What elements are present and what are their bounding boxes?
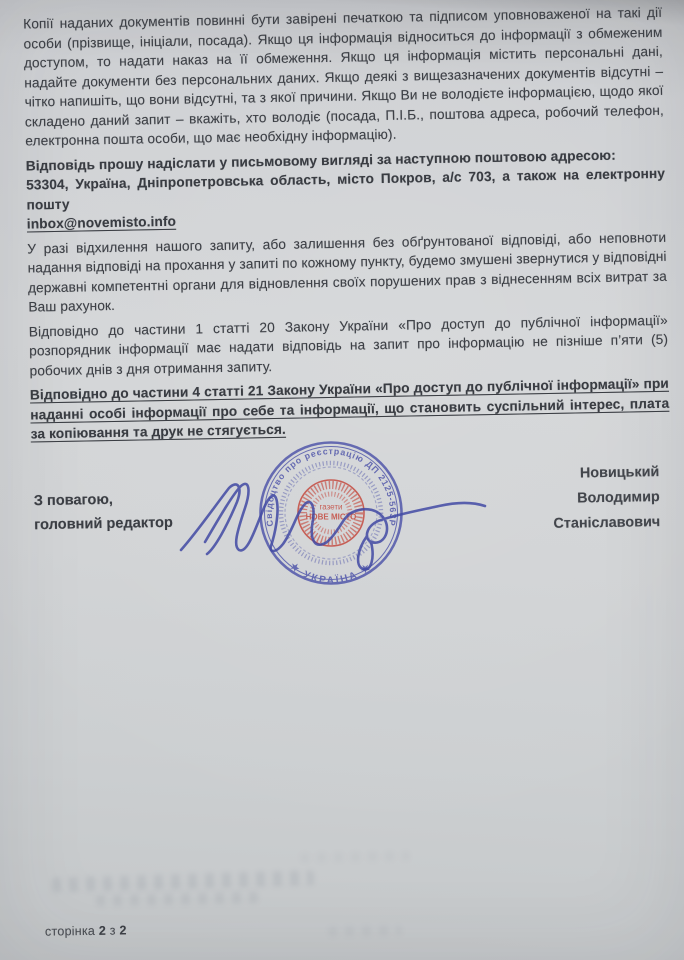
handwritten-signature [175, 446, 495, 576]
show-through-smudge [52, 870, 314, 892]
footer-page-label: сторінка [45, 924, 95, 939]
signatory-name: Новицький Володимир Станіславович [553, 460, 661, 537]
signature-ink [175, 446, 495, 576]
letter-body: Копії наданих документів повинні бути за… [23, 3, 670, 449]
footer-separator: з [110, 924, 116, 938]
page-footer: сторінка 2 з 2 [45, 923, 127, 938]
document-photo: Копії наданих документів повинні бути за… [0, 0, 684, 960]
show-through-smudge [96, 891, 258, 906]
paragraph-reply-address: Відповідь прошу надіслати у письмовому в… [26, 144, 666, 234]
signatory-surname: Новицький [553, 460, 660, 487]
footer-total-pages: 2 [119, 923, 126, 937]
email-address: inbox@novemisto.info [27, 212, 177, 234]
closing-salutation: З повагою, головний редактор [34, 488, 174, 537]
closing-respectfully: З повагою, [34, 488, 173, 514]
footer-page-number: 2 [99, 924, 106, 938]
paragraph-law-article-21: Відповідно до частини 4 статті 21 Закону… [30, 374, 670, 444]
paragraph-refusal-warning: У разі відхилення нашого запиту, або зал… [27, 227, 667, 317]
signatory-patronymic: Станіславович [553, 510, 660, 537]
signatory-firstname: Володимир [553, 485, 660, 512]
closing-position: головний редактор [34, 511, 173, 537]
paragraph-law-article-20: Відповідно до частини 1 статті 20 Закону… [29, 310, 669, 380]
paragraph-certification-requirements: Копії наданих документів повинні бути за… [23, 3, 664, 151]
show-through-smudge [328, 925, 402, 936]
show-through-smudge [300, 851, 410, 863]
